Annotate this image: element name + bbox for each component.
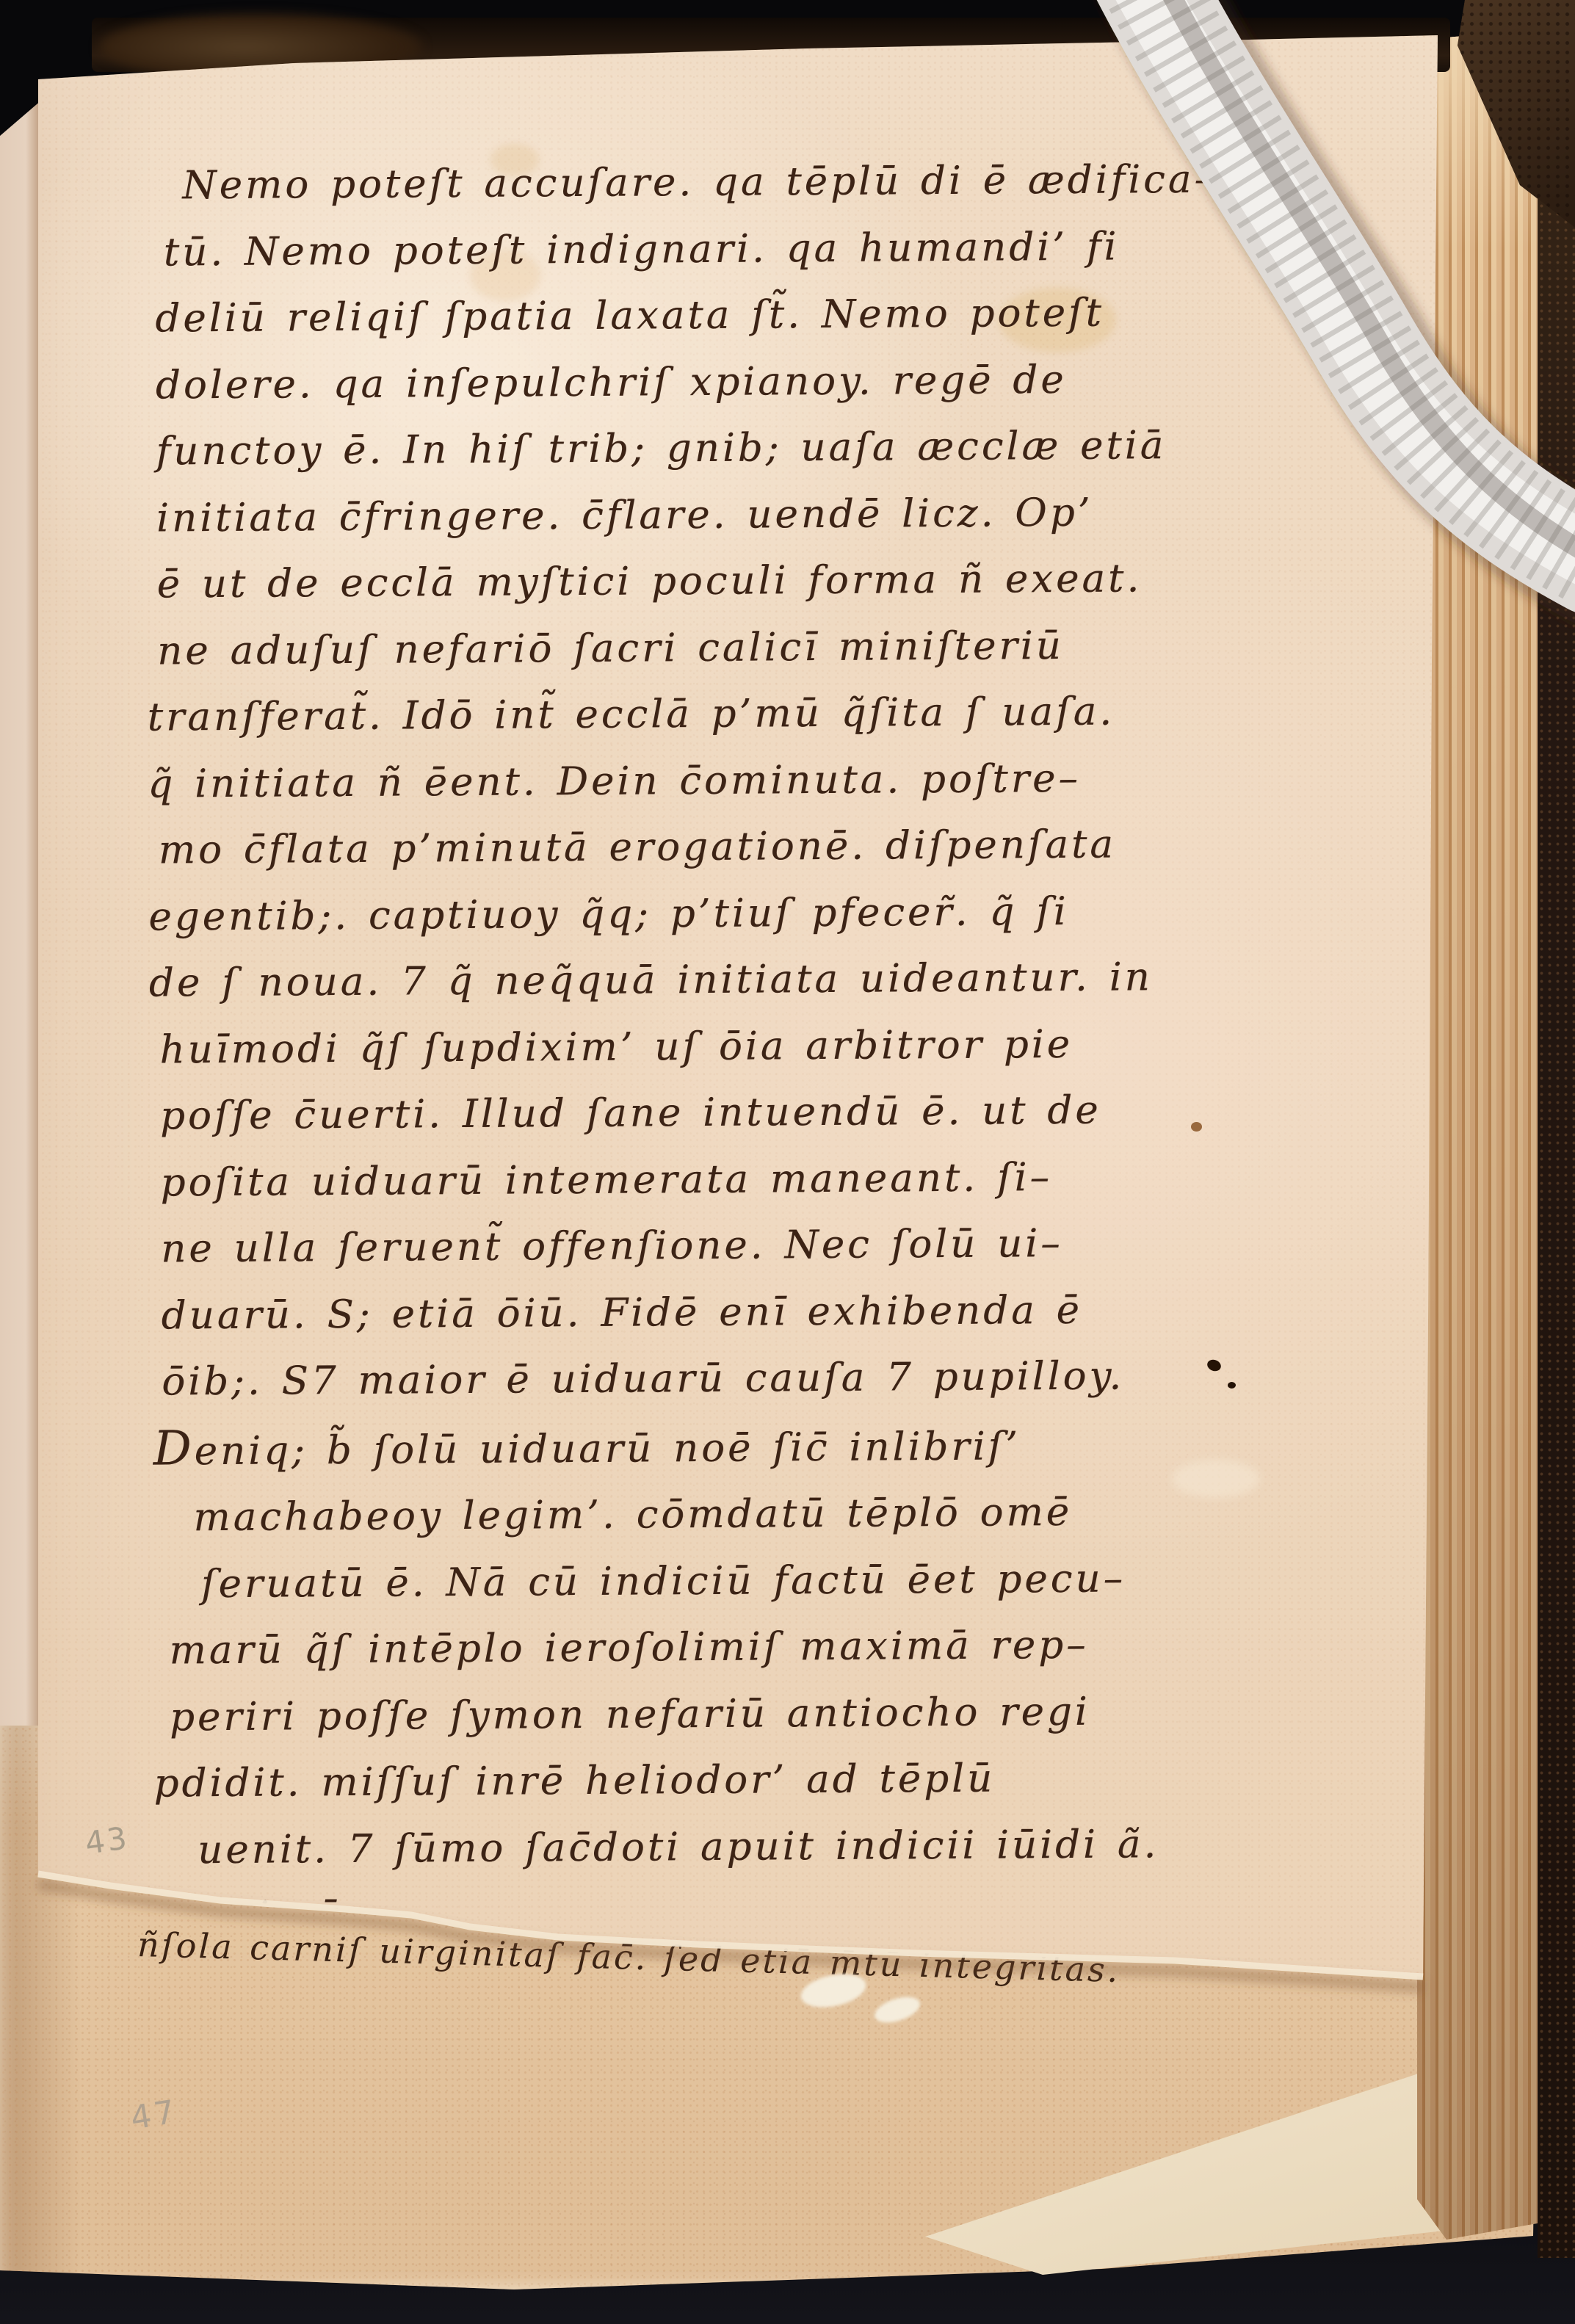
text-line: dolere. qa inſepulchriſ xpianoy. regē de xyxy=(156,344,1575,419)
text-line: tranſferat̃. Idō int̃ ecclā p’mū q̃ſita … xyxy=(147,676,1575,751)
text-line: Nemo poteſt accuſare. qa tēplū di ē ædif… xyxy=(182,145,1575,220)
text-line: marū q̃ſ intēplo ieroſolimiſ maximā rep– xyxy=(169,1610,1575,1684)
text-block: Nemo poteſt accuſare. qa tēplū di ē ædif… xyxy=(0,145,1575,2063)
text-line: poſſe c̄uerti. Illud ſane intuendū ē. ut… xyxy=(160,1075,1575,1150)
text-line: huīmodi q̃ſ ſupdixim’ uſ ōia arbitror pi… xyxy=(159,1008,1575,1083)
text-line: ne ulla ſeruent̃ offenſione. Nec ſolū ui… xyxy=(161,1208,1575,1283)
text-line: uenit. 7 ſūmo ſac̄doti apuit indicii iūi… xyxy=(198,1809,1575,1883)
text-line: ne aduſuſ nefariō ſacri calicī miniſteri… xyxy=(157,609,1575,684)
text-line: periri poſſe ſymon nefariū antiocho regi xyxy=(170,1676,1575,1751)
folio-number-pencil: 47 xyxy=(128,2093,180,2137)
text-line: egentib;. captiuoy q̃q; p’tiuſ pfecer̃. … xyxy=(148,875,1575,950)
text-line: ōib;. S7 maior ē uiduarū cauſa 7 pupillo… xyxy=(162,1341,1575,1416)
text-line: poſita uiduarū intemerata maneant. ſi– xyxy=(160,1141,1575,1216)
text-line: initiata c̄fringere. c̄flare. uendē licz… xyxy=(156,477,1575,551)
parchment-damage-patch xyxy=(872,1992,923,2027)
text-line: machabeoy legim’. cōmdatū tēplō omē xyxy=(193,1477,1575,1552)
text-line: Deniq; b̃ ſolū uiduarū noē ſic̄ inlibriſ… xyxy=(153,1407,1575,1485)
folio-number-pencil: 43 xyxy=(83,1820,131,1861)
manuscript-photo: ñſola carniſ uirginitaſ fac̄. ſed etiā m… xyxy=(0,0,1575,2324)
text-line: deliū reliqiſ ſpatia laxata ſt̃. Nemo po… xyxy=(155,278,1575,352)
text-line: tū. Nemo poteſt indignari. qa humandi’ f… xyxy=(164,211,1575,286)
text-line: ē ut de ecclā myſtici poculi forma ñ exe… xyxy=(156,543,1575,618)
text-line: mo c̄flata p’minutā erogationē. diſpenſa… xyxy=(159,809,1575,884)
book-fore-edge xyxy=(1417,29,1549,2243)
leather-cover-edge xyxy=(1538,0,1575,2258)
text-line: functoy ē. In hiſ trib; gnib; uaſa æcclæ… xyxy=(156,410,1575,485)
text-line: ſeruatū ē. Nā cū indiciū factū ēet pecu– xyxy=(201,1543,1575,1618)
text-line: q̃ initiata ñ ēent. Dein c̄ominuta. poſt… xyxy=(148,742,1575,817)
text-line: de ſ noua. 7 q̃ neq̃quā initiata uideant… xyxy=(149,942,1575,1017)
text-line: pdidit. miſſuſ inrē heliodor’ ad tēplū xyxy=(153,1742,1575,1817)
text-line: duarū. S; etiā ōiū. Fidē enī exhibenda ē xyxy=(161,1274,1575,1349)
